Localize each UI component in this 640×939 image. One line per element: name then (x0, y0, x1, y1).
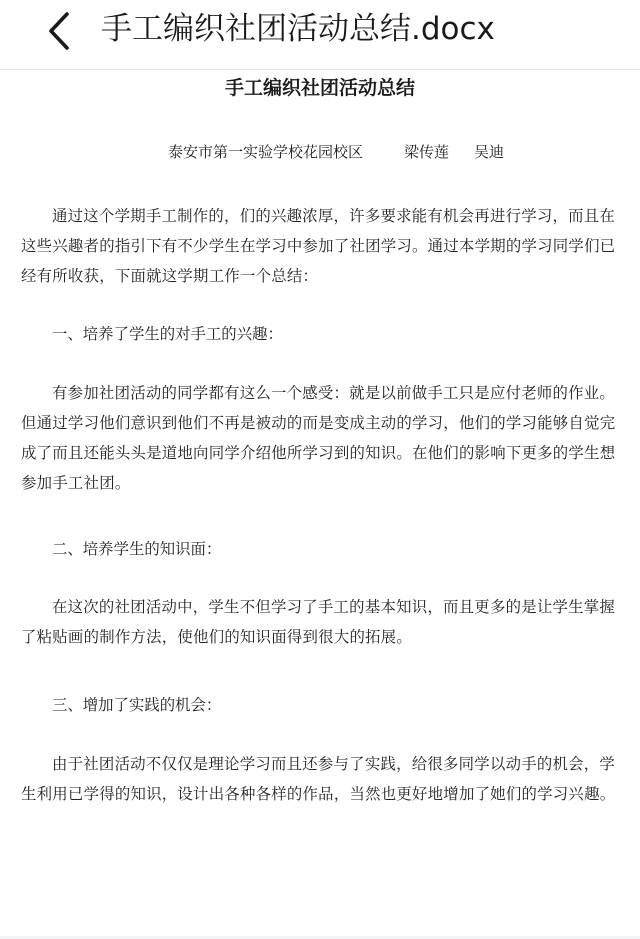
section-heading-3: 三、增加了实践的机会： (52, 693, 221, 717)
chevron-left-icon (40, 8, 80, 54)
byline-author-2: 吴迪 (474, 140, 504, 164)
file-name-title: 手工编织社团活动总结.docx (101, 9, 495, 49)
byline-school: 泰安市第一实验学校花园校区 (168, 140, 404, 164)
section-heading-2: 二、培养学生的知识面： (52, 537, 221, 561)
intro-paragraph: 通过这个学期手工制作的，们的兴趣浓厚，许多要求能有机会再进行学习，而且在这些兴趣… (21, 201, 625, 291)
section-heading-1: 一、培养了学生的对手工的兴趣： (52, 322, 283, 346)
section-body-1: 有参加社团活动的同学都有这么一个感受：就是以前做手工只是应付老师的作业。但通过学… (21, 378, 625, 498)
document-viewer[interactable]: 手工编织社团活动总结 泰安市第一实验学校花园校区梁传莲吴迪 通过这个学期手工制作… (0, 70, 640, 936)
byline: 泰安市第一实验学校花园校区梁传莲吴迪 (168, 140, 504, 164)
section-body-3: 由于社团活动不仅仅是理论学习而且还参与了实践，给很多同学以动手的机会，学生利用已… (21, 749, 625, 809)
byline-author-1: 梁传莲 (404, 140, 474, 164)
back-button[interactable] (40, 8, 80, 54)
document-title: 手工编织社团活动总结 (0, 75, 640, 101)
top-bar: 手工编织社团活动总结.docx (0, 0, 640, 70)
section-body-2: 在这次的社团活动中，学生不但学习了手工的基本知识，而且更多的是让学生掌握了粘贴画… (21, 592, 625, 652)
